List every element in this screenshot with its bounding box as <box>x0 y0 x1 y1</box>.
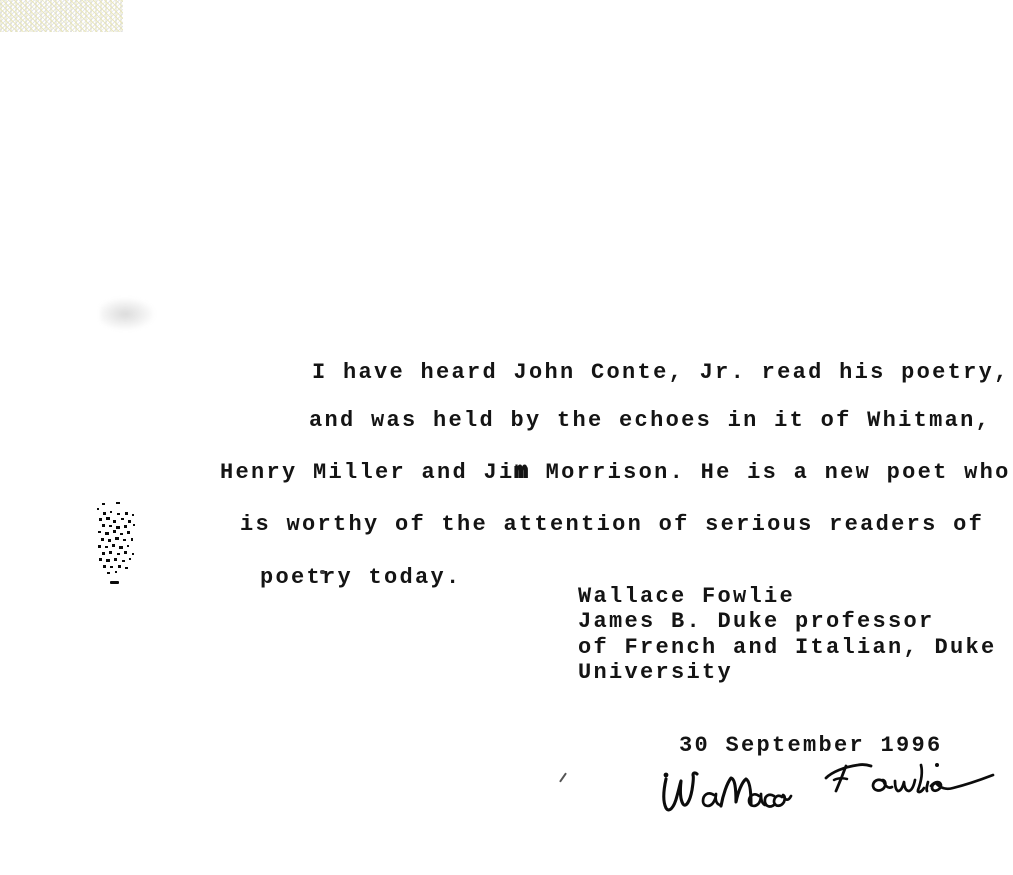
body-line-1-text: I have heard John Conte, Jr. read his po… <box>312 360 1010 385</box>
signer-title-line-2: of French and Italian, Duke <box>578 635 997 660</box>
handwritten-signature <box>640 745 1013 830</box>
body-line-4-text: is worthy of the attention of serious re… <box>240 512 984 537</box>
stray-dot-artifact <box>320 570 325 574</box>
scanned-letter-page: I have heard John Conte, Jr. read his po… <box>0 0 1013 875</box>
body-line-5: poetry today. <box>198 542 462 614</box>
ink-smudge-artifact <box>96 502 142 588</box>
body-line-5-text: poetry today. <box>260 565 462 590</box>
scanner-noise-artifact <box>0 0 123 32</box>
body-line-3-text-pre: Henry Miller and Ji <box>220 460 515 485</box>
body-line-3-text-post: Morrison. He is a new poet who <box>530 460 1011 485</box>
overstruck-character: m <box>515 460 531 485</box>
body-line-2-text: and was held by the echoes in it of Whit… <box>309 408 991 433</box>
stray-slash-artifact <box>559 772 567 782</box>
faint-smudge-artifact <box>100 297 156 331</box>
signature-block: Wallace Fowlie James B. Duke professor o… <box>578 584 997 686</box>
signer-title-line-1: James B. Duke professor <box>578 609 997 634</box>
signer-title-line-3: University <box>578 660 997 685</box>
signer-name: Wallace Fowlie <box>578 584 997 609</box>
